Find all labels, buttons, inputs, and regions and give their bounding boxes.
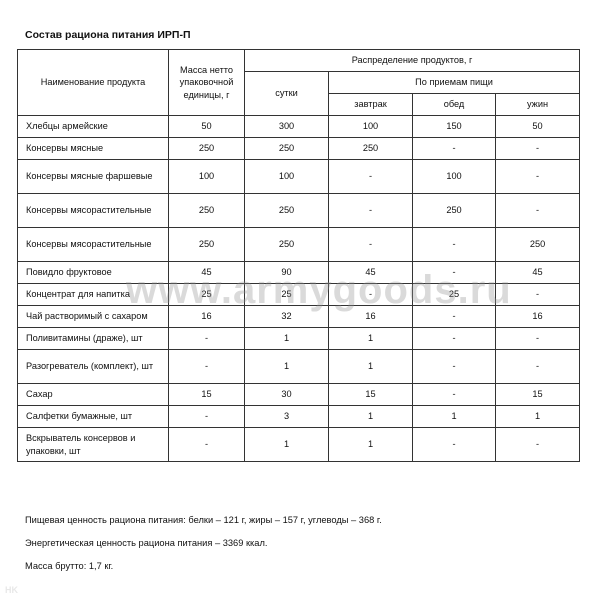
breakfast-cell: 1 [329,328,413,350]
lunch-cell: 25 [413,284,496,306]
table-row: Концентрат для напитка2525-25- [18,284,580,306]
net-mass-cell: 250 [169,138,245,160]
table-row: Консервы мясные фаршевые100100-100- [18,160,580,194]
per-day-cell: 250 [245,194,329,228]
table-row: Консервы мясные250250250-- [18,138,580,160]
per-day-cell: 1 [245,350,329,384]
lunch-cell: - [413,350,496,384]
lunch-cell: 250 [413,194,496,228]
product-name-cell: Консервы мясорастительные [18,228,169,262]
breakfast-cell: 16 [329,306,413,328]
net-mass-cell: - [169,428,245,462]
ration-table: Наименование продукта Масса нетто упаков… [17,49,580,462]
header-product-name: Наименование продукта [18,50,169,116]
product-name-cell: Чай растворимый с сахаром [18,306,169,328]
lunch-cell: - [413,428,496,462]
per-day-cell: 300 [245,116,329,138]
dinner-cell: 250 [496,228,580,262]
table-row: Хлебцы армейские5030010015050 [18,116,580,138]
breakfast-cell: 100 [329,116,413,138]
header-lunch: обед [413,94,496,116]
product-name-cell: Концентрат для напитка [18,284,169,306]
per-day-cell: 1 [245,428,329,462]
table-row: Разогреватель (комплект), шт-11-- [18,350,580,384]
energy-note: Энергетическая ценность рациона питания … [25,538,268,548]
dinner-cell: - [496,350,580,384]
lunch-cell: - [413,138,496,160]
dinner-cell: - [496,194,580,228]
dinner-cell: 45 [496,262,580,284]
net-mass-cell: - [169,350,245,384]
per-day-cell: 250 [245,138,329,160]
table-row: Поливитамины (драже), шт-11-- [18,328,580,350]
product-name-cell: Повидло фруктовое [18,262,169,284]
dinner-cell: - [496,284,580,306]
product-name-cell: Вскрыватель консервов и упаковки, шт [18,428,169,462]
dinner-cell: 50 [496,116,580,138]
product-name-cell: Разогреватель (комплект), шт [18,350,169,384]
product-name-cell: Поливитамины (драже), шт [18,328,169,350]
breakfast-cell: - [329,228,413,262]
per-day-cell: 250 [245,228,329,262]
per-day-cell: 100 [245,160,329,194]
document-title: Состав рациона питания ИРП-П [25,29,191,41]
table-row: Консервы мясорастительные250250--250 [18,228,580,262]
product-name-cell: Сахар [18,384,169,406]
header-net-mass: Масса нетто упаковочной единицы, г [169,50,245,116]
table-row: Повидло фруктовое459045-45 [18,262,580,284]
net-mass-cell: 16 [169,306,245,328]
table-row: Вскрыватель консервов и упаковки, шт-11-… [18,428,580,462]
dinner-cell: 16 [496,306,580,328]
net-mass-cell: 45 [169,262,245,284]
net-mass-cell: 250 [169,194,245,228]
breakfast-cell: 1 [329,406,413,428]
net-mass-cell: 250 [169,228,245,262]
dinner-cell: - [496,328,580,350]
dinner-cell: - [496,138,580,160]
net-mass-cell: 25 [169,284,245,306]
product-name-cell: Консервы мясные фаршевые [18,160,169,194]
dinner-cell: 1 [496,406,580,428]
lunch-cell: 100 [413,160,496,194]
header-per-day: сутки [245,72,329,116]
header-dinner: ужин [496,94,580,116]
lunch-cell: - [413,262,496,284]
product-name-cell: Консервы мясные [18,138,169,160]
net-mass-cell: 100 [169,160,245,194]
gross-mass-note: Масса брутто: 1,7 кг. [25,561,113,571]
header-breakfast: завтрак [329,94,413,116]
lunch-cell: - [413,306,496,328]
net-mass-cell: - [169,328,245,350]
net-mass-cell: 50 [169,116,245,138]
table-row: Чай растворимый с сахаром163216-16 [18,306,580,328]
breakfast-cell: - [329,284,413,306]
ration-table-body: Хлебцы армейские5030010015050Консервы мя… [18,116,580,462]
product-name-cell: Консервы мясорастительные [18,194,169,228]
breakfast-cell: 1 [329,428,413,462]
per-day-cell: 3 [245,406,329,428]
per-day-cell: 90 [245,262,329,284]
net-mass-cell: 15 [169,384,245,406]
breakfast-cell: 15 [329,384,413,406]
dinner-cell: - [496,428,580,462]
dinner-cell: - [496,160,580,194]
header-distribution: Распределение продуктов, г [245,50,580,72]
lunch-cell: 150 [413,116,496,138]
lunch-cell: - [413,328,496,350]
lunch-cell: - [413,384,496,406]
breakfast-cell: 45 [329,262,413,284]
product-name-cell: Салфетки бумажные, шт [18,406,169,428]
breakfast-cell: - [329,160,413,194]
breakfast-cell: 1 [329,350,413,384]
table-row: Салфетки бумажные, шт-3111 [18,406,580,428]
table-row: Сахар153015-15 [18,384,580,406]
table-row: Консервы мясорастительные250250-250- [18,194,580,228]
breakfast-cell: 250 [329,138,413,160]
breakfast-cell: - [329,194,413,228]
per-day-cell: 32 [245,306,329,328]
lunch-cell: 1 [413,406,496,428]
per-day-cell: 30 [245,384,329,406]
net-mass-cell: - [169,406,245,428]
corner-mark: HK [5,585,18,595]
lunch-cell: - [413,228,496,262]
product-name-cell: Хлебцы армейские [18,116,169,138]
dinner-cell: 15 [496,384,580,406]
nutrition-note: Пищевая ценность рациона питания: белки … [25,515,382,525]
per-day-cell: 25 [245,284,329,306]
per-day-cell: 1 [245,328,329,350]
header-per-meal: По приемам пищи [329,72,580,94]
